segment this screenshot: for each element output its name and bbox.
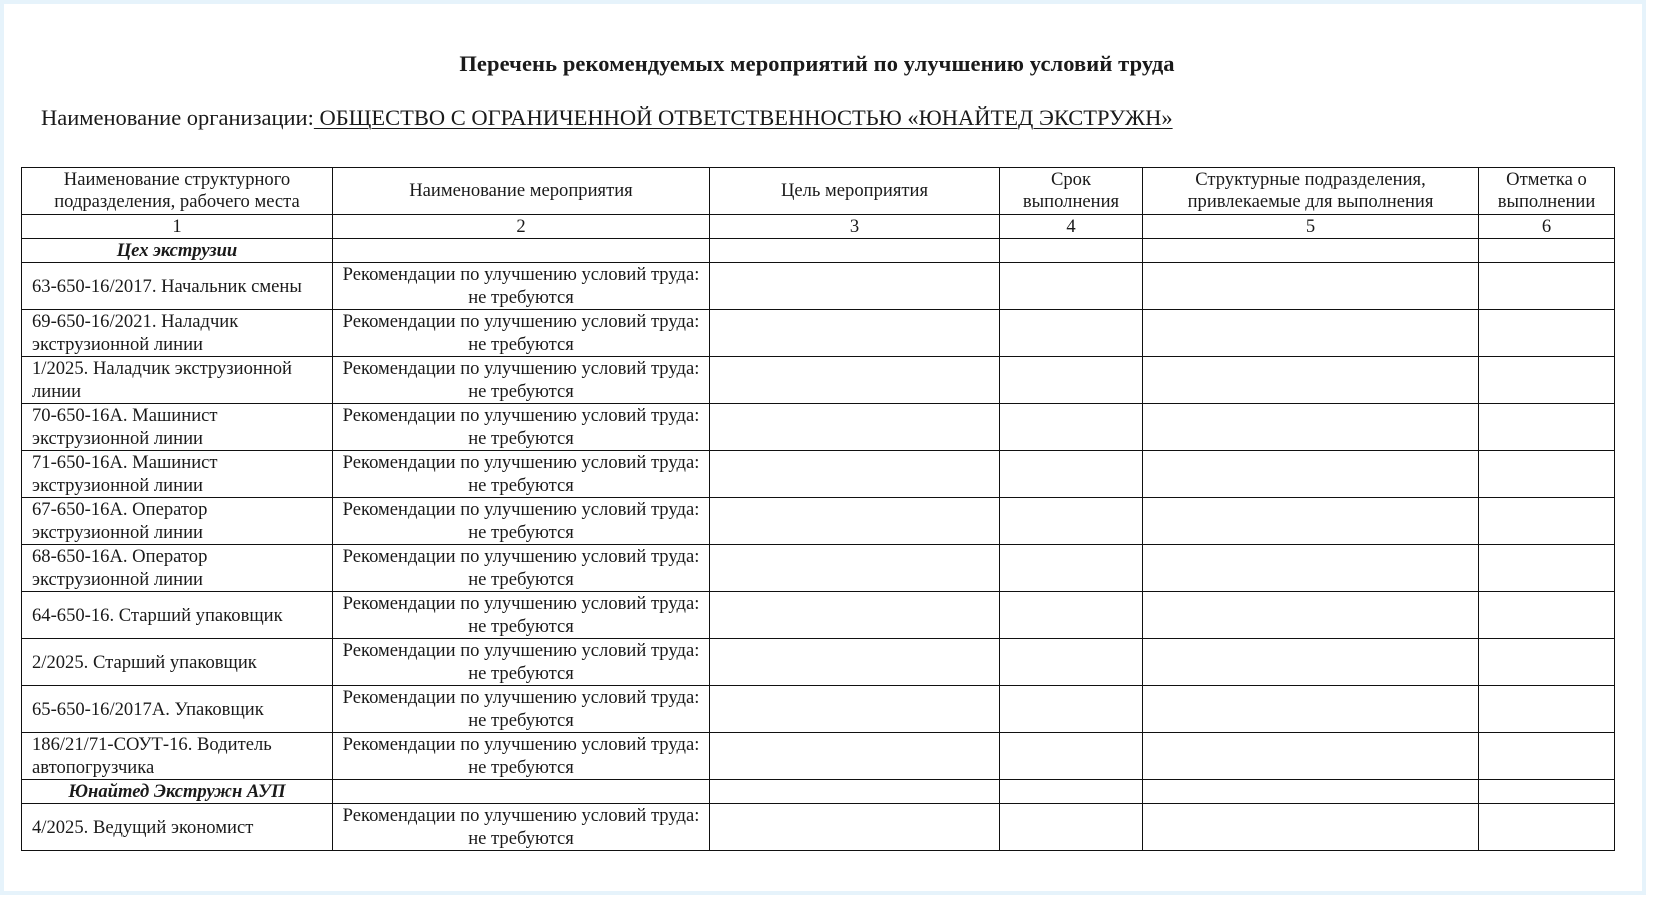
workplace-cell: 71-650-16А. Машинист экструзионной линии: [22, 451, 333, 498]
organization-label: Наименование организации:: [41, 105, 314, 130]
header-measure: Наименование мероприятия: [333, 168, 710, 215]
deadline-cell: [1000, 733, 1143, 780]
document-title: Перечень рекомендуемых мероприятий по ул…: [21, 50, 1613, 78]
column-number: 4: [1000, 215, 1143, 239]
completion-mark-cell: [1479, 404, 1615, 451]
workplace-cell: 1/2025. Наладчик экструзионной линии: [22, 357, 333, 404]
column-number: 2: [333, 215, 710, 239]
deadline-cell: [1000, 686, 1143, 733]
workplace-cell: 2/2025. Старший упаковщик: [22, 639, 333, 686]
measure-cell: Рекомендации по улучшению условий труда:…: [333, 357, 710, 404]
goal-cell: [710, 804, 1000, 851]
measure-cell: Рекомендации по улучшению условий труда:…: [333, 804, 710, 851]
empty-cell: [710, 780, 1000, 804]
column-number: 3: [710, 215, 1000, 239]
group-row: Цех экструзии: [22, 239, 1615, 263]
group-row: Юнайтед Экстружн АУП: [22, 780, 1615, 804]
header-goal: Цель мероприятия: [710, 168, 1000, 215]
deadline-cell: [1000, 639, 1143, 686]
departments-cell: [1143, 592, 1479, 639]
goal-cell: [710, 498, 1000, 545]
workplace-cell: 64-650-16. Старший упаковщик: [22, 592, 333, 639]
departments-cell: [1143, 498, 1479, 545]
deadline-cell: [1000, 804, 1143, 851]
table-row: 4/2025. Ведущий экономистРекомендации по…: [22, 804, 1615, 851]
header-deadline: Срок выполнения: [1000, 168, 1143, 215]
measure-cell: Рекомендации по улучшению условий труда:…: [333, 404, 710, 451]
measure-cell: Рекомендации по улучшению условий труда:…: [333, 545, 710, 592]
goal-cell: [710, 733, 1000, 780]
table-row: 70-650-16А. Машинист экструзионной линии…: [22, 404, 1615, 451]
completion-mark-cell: [1479, 733, 1615, 780]
deadline-cell: [1000, 357, 1143, 404]
empty-cell: [1143, 239, 1479, 263]
group-name: Юнайтед Экстружн АУП: [22, 780, 333, 804]
goal-cell: [710, 310, 1000, 357]
table-row: 186/21/71-СОУТ-16. Водитель автопогрузчи…: [22, 733, 1615, 780]
empty-cell: [1479, 239, 1615, 263]
workplace-cell: 65-650-16/2017А. Упаковщик: [22, 686, 333, 733]
workplace-cell: 4/2025. Ведущий экономист: [22, 804, 333, 851]
departments-cell: [1143, 451, 1479, 498]
column-number: 6: [1479, 215, 1615, 239]
workplace-cell: 69-650-16/2021. Наладчик экструзионной л…: [22, 310, 333, 357]
goal-cell: [710, 263, 1000, 310]
organization-line: Наименование организации: ОБЩЕСТВО С ОГР…: [41, 104, 1173, 132]
column-number: 5: [1143, 215, 1479, 239]
goal-cell: [710, 404, 1000, 451]
completion-mark-cell: [1479, 498, 1615, 545]
completion-mark-cell: [1479, 639, 1615, 686]
empty-cell: [1143, 780, 1479, 804]
table-row: 2/2025. Старший упаковщикРекомендации по…: [22, 639, 1615, 686]
column-number-row: 1 2 3 4 5 6: [22, 215, 1615, 239]
goal-cell: [710, 545, 1000, 592]
departments-cell: [1143, 357, 1479, 404]
departments-cell: [1143, 404, 1479, 451]
completion-mark-cell: [1479, 263, 1615, 310]
goal-cell: [710, 592, 1000, 639]
empty-cell: [1000, 780, 1143, 804]
table-row: 67-650-16А. Оператор экструзионной линии…: [22, 498, 1615, 545]
completion-mark-cell: [1479, 545, 1615, 592]
deadline-cell: [1000, 592, 1143, 639]
measure-cell: Рекомендации по улучшению условий труда:…: [333, 592, 710, 639]
goal-cell: [710, 357, 1000, 404]
measure-cell: Рекомендации по улучшению условий труда:…: [333, 263, 710, 310]
workplace-cell: 186/21/71-СОУТ-16. Водитель автопогрузчи…: [22, 733, 333, 780]
measure-cell: Рекомендации по улучшению условий труда:…: [333, 733, 710, 780]
table-row: 69-650-16/2021. Наладчик экструзионной л…: [22, 310, 1615, 357]
table-row: 1/2025. Наладчик экструзионной линииРеко…: [22, 357, 1615, 404]
empty-cell: [1479, 780, 1615, 804]
deadline-cell: [1000, 451, 1143, 498]
header-completion-mark: Отметка о выполнении: [1479, 168, 1615, 215]
measure-cell: Рекомендации по улучшению условий труда:…: [333, 451, 710, 498]
workplace-cell: 63-650-16/2017. Начальник смены: [22, 263, 333, 310]
table-row: 65-650-16/2017А. УпаковщикРекомендации п…: [22, 686, 1615, 733]
deadline-cell: [1000, 310, 1143, 357]
empty-cell: [333, 780, 710, 804]
header-workplace: Наименование структурного подразделения,…: [22, 168, 333, 215]
measure-cell: Рекомендации по улучшению условий труда:…: [333, 498, 710, 545]
measure-cell: Рекомендации по улучшению условий труда:…: [333, 639, 710, 686]
table-row: 64-650-16. Старший упаковщикРекомендации…: [22, 592, 1615, 639]
goal-cell: [710, 639, 1000, 686]
deadline-cell: [1000, 404, 1143, 451]
workplace-cell: 68-650-16А. Оператор экструзионной линии: [22, 545, 333, 592]
completion-mark-cell: [1479, 310, 1615, 357]
table-row: 68-650-16А. Оператор экструзионной линии…: [22, 545, 1615, 592]
group-name: Цех экструзии: [22, 239, 333, 263]
deadline-cell: [1000, 263, 1143, 310]
empty-cell: [1000, 239, 1143, 263]
column-number: 1: [22, 215, 333, 239]
departments-cell: [1143, 263, 1479, 310]
goal-cell: [710, 686, 1000, 733]
organization-name: ОБЩЕСТВО С ОГРАНИЧЕННОЙ ОТВЕТСТВЕННОСТЬЮ…: [314, 105, 1173, 130]
deadline-cell: [1000, 545, 1143, 592]
completion-mark-cell: [1479, 592, 1615, 639]
measure-cell: Рекомендации по улучшению условий труда:…: [333, 310, 710, 357]
table-row: 63-650-16/2017. Начальник сменыРекоменда…: [22, 263, 1615, 310]
header-departments: Структурные подразделения, привлекаемые …: [1143, 168, 1479, 215]
measures-table: Наименование структурного подразделения,…: [21, 167, 1615, 851]
departments-cell: [1143, 639, 1479, 686]
empty-cell: [710, 239, 1000, 263]
departments-cell: [1143, 686, 1479, 733]
completion-mark-cell: [1479, 357, 1615, 404]
deadline-cell: [1000, 498, 1143, 545]
table-header-row: Наименование структурного подразделения,…: [22, 168, 1615, 215]
table-row: 71-650-16А. Машинист экструзионной линии…: [22, 451, 1615, 498]
workplace-cell: 70-650-16А. Машинист экструзионной линии: [22, 404, 333, 451]
table-body: Цех экструзии63-650-16/2017. Начальник с…: [22, 239, 1615, 851]
departments-cell: [1143, 310, 1479, 357]
departments-cell: [1143, 733, 1479, 780]
goal-cell: [710, 451, 1000, 498]
measure-cell: Рекомендации по улучшению условий труда:…: [333, 686, 710, 733]
completion-mark-cell: [1479, 804, 1615, 851]
departments-cell: [1143, 545, 1479, 592]
departments-cell: [1143, 804, 1479, 851]
completion-mark-cell: [1479, 686, 1615, 733]
completion-mark-cell: [1479, 451, 1615, 498]
workplace-cell: 67-650-16А. Оператор экструзионной линии: [22, 498, 333, 545]
empty-cell: [333, 239, 710, 263]
